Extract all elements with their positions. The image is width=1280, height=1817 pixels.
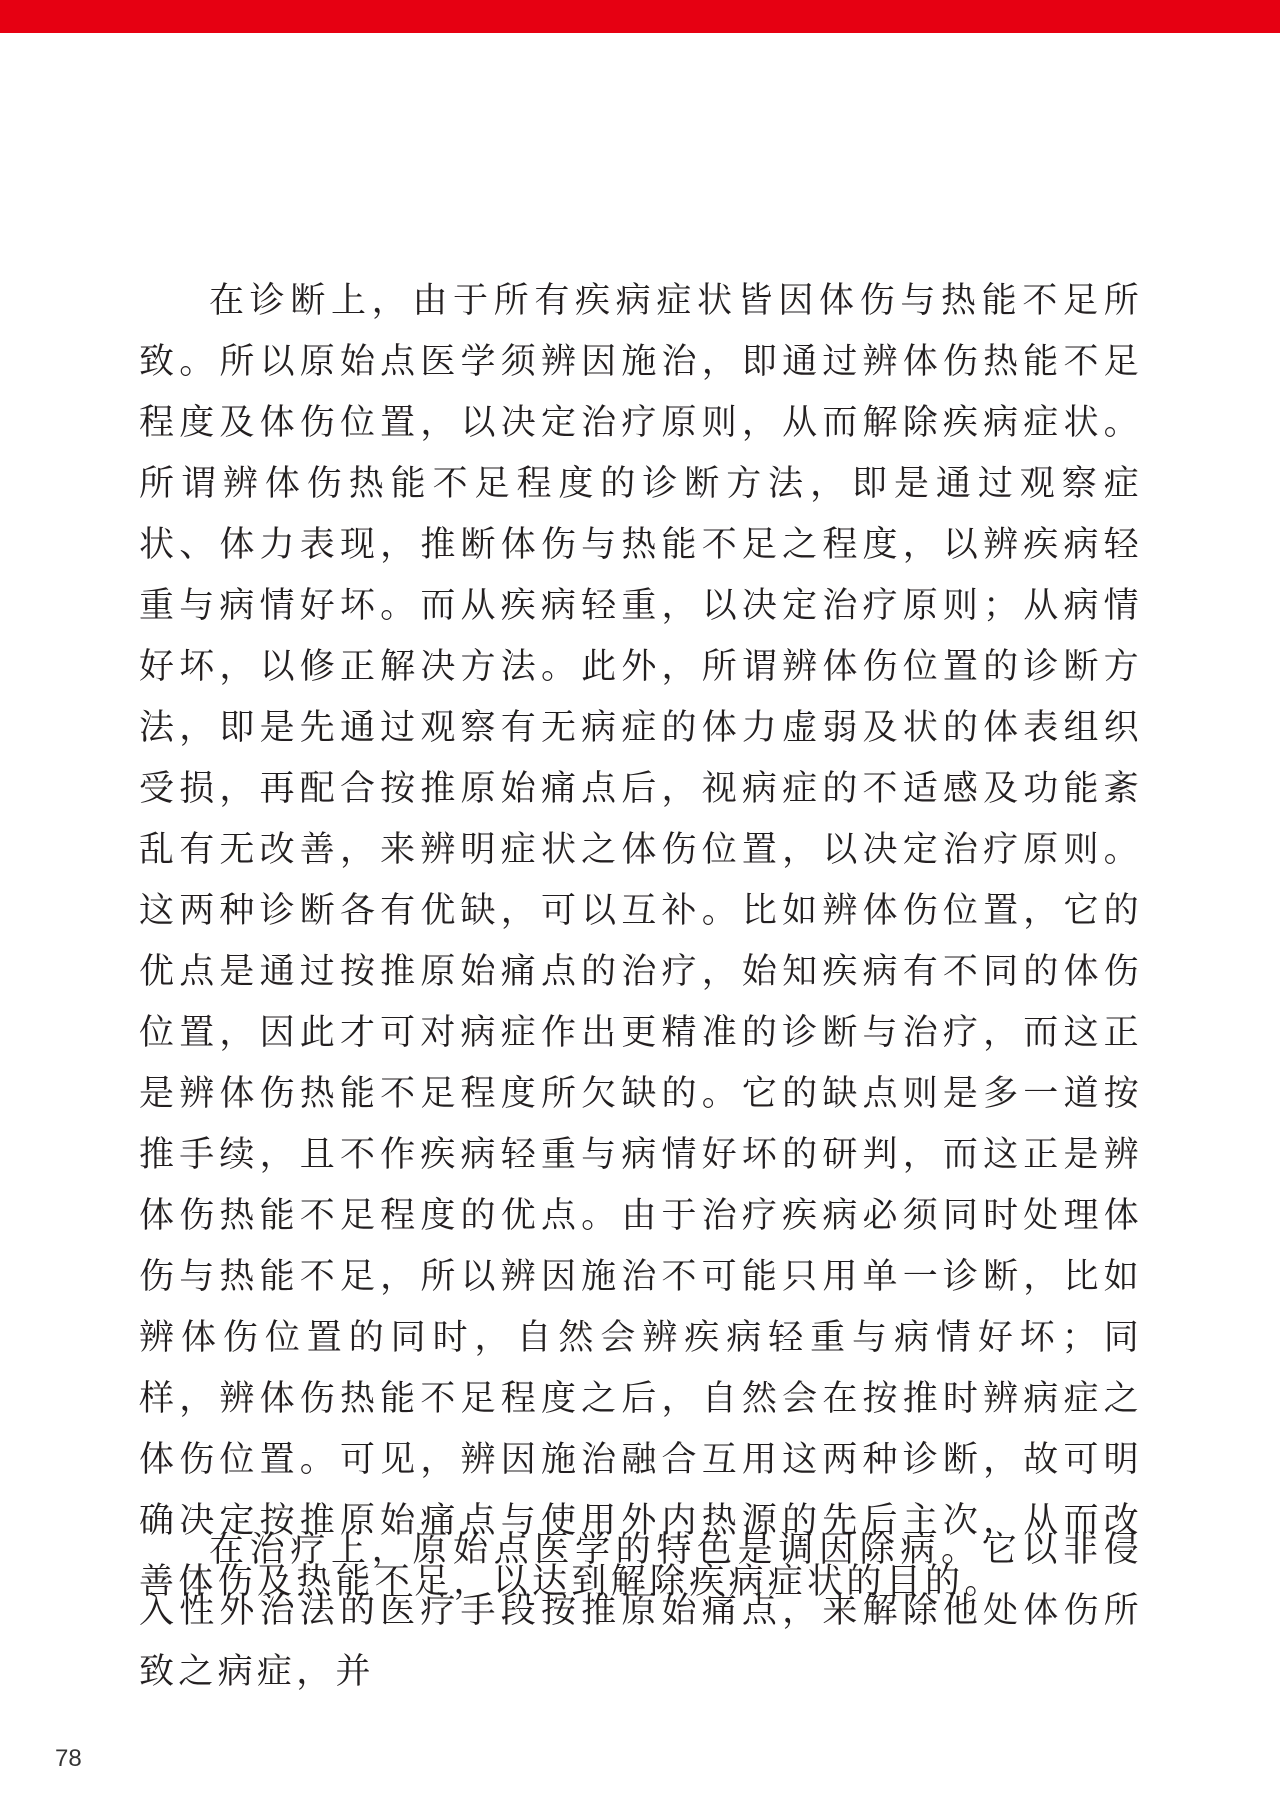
page-body: 在诊断上，由于所有疾病症状皆因体伤与热能不足所致。所以原始点医学须辨因施治，即通… [139,271,1143,1613]
paragraph-treatment: 在治疗上，原始点医学的特色是调因除病。它以非侵入性外治法的医疗手段按推原始痛点，… [139,1520,1143,1703]
top-color-bar [0,0,1280,33]
page-number: 78 [55,1745,82,1773]
paragraph-diagnosis: 在诊断上，由于所有疾病症状皆因体伤与热能不足所致。所以原始点医学须辨因施治，即通… [139,271,1143,1613]
